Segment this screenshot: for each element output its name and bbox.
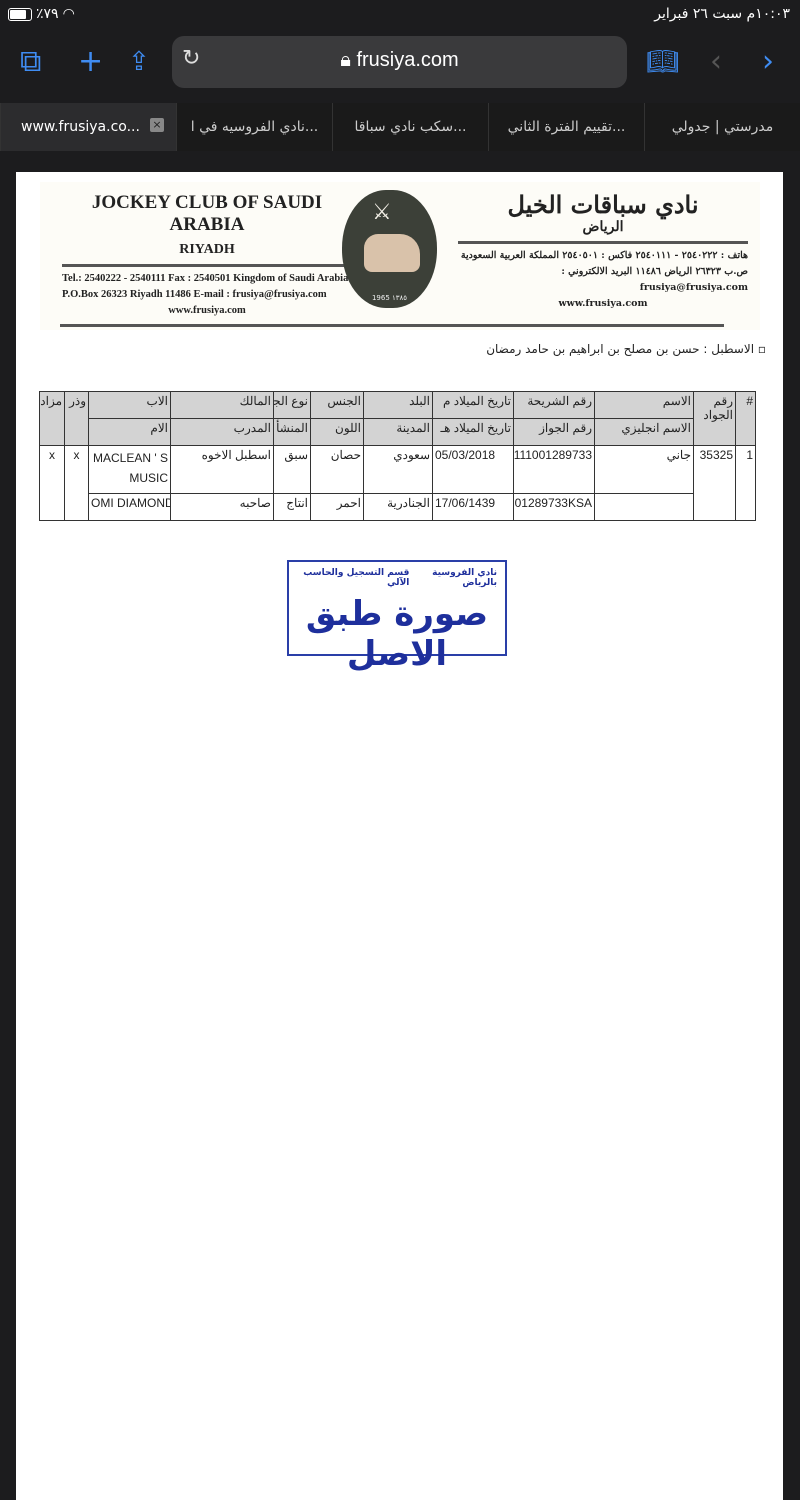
divider <box>62 264 352 267</box>
tab-label: مدرستي | جدولي <box>672 119 774 135</box>
certified-copy-stamp: نادي الفروسية بالرياض قسم التسجيل والحاس… <box>287 560 507 656</box>
tab-furusiya-club[interactable]: نادي الفروسيه في ا... <box>176 103 332 151</box>
col-dob: تاريخ الميلاد م <box>433 392 514 419</box>
col-owner: المالك <box>171 392 274 419</box>
col-horse-id: رقم الجواد <box>694 392 736 446</box>
clock-date: ١٠:٠٣م سبت ٢٦ فبراير <box>654 6 790 22</box>
bookmarks-icon[interactable]: 📖︎ <box>646 44 679 80</box>
tab-label: www.frusiya.co... <box>21 119 140 135</box>
club-name-ar: نادي سباقات الخيل <box>458 190 748 219</box>
col-index: # <box>736 392 756 446</box>
stamp-text: صورة طبق الاصل <box>289 594 505 674</box>
col-auction: مزاد <box>40 392 65 446</box>
city-ar: الرياض <box>458 219 748 235</box>
col-dob-hijri: تاريخ الميلاد هـ <box>433 419 514 446</box>
cell-country: سعودي <box>364 446 433 494</box>
back-icon[interactable]: ‹ <box>710 44 722 80</box>
browser-toolbar: ⧉ + ⇪ ↻ 🔒︎ frusiya.com 📖︎ ‹ › <box>0 30 800 100</box>
stamp-org: نادي الفروسية بالرياض <box>409 568 497 588</box>
palm-swords-emblem-icon: ⚔ <box>372 200 392 225</box>
col-city: المدينة <box>364 419 433 446</box>
tab-frusiya[interactable]: www.frusiya.co... × <box>0 103 176 151</box>
col-color: اللون <box>311 419 364 446</box>
club-logo: ⚔ 1965 ١٣٨٥ <box>342 190 437 308</box>
col-name-en: الاسم انجليزي <box>595 419 694 446</box>
share-icon[interactable]: ⇪ <box>128 44 150 80</box>
cell-horse-id: 35325 <box>694 446 736 521</box>
cell-passport: 01289733KSA <box>514 494 595 521</box>
cell-withdrawn: x <box>65 446 89 521</box>
website-ar: www.frusiya.com <box>458 296 748 312</box>
header-row-2: الاسم انجليزي رقم الجواز تاريخ الميلاد ه… <box>40 419 756 446</box>
tab-bar: www.frusiya.co... × نادي الفروسيه في ا..… <box>0 103 800 151</box>
col-withdrawn: وذر <box>65 392 89 446</box>
horses-table: # رقم الجواد الاسم رقم الشريحة تاريخ الم… <box>39 391 756 521</box>
cell-name-en <box>595 494 694 521</box>
cell-dob: 05/03/2018 <box>433 446 514 494</box>
address-line-en: P.O.Box 26323 Riyadh 11486 E-mail : frus… <box>62 287 352 303</box>
cell-owner: اسطبل الاخوه <box>171 446 274 494</box>
table-row-secondary: 01289733KSA 17/06/1439 الجنادرية احمر ان… <box>40 494 756 521</box>
address-line-ar: ص.ب ٢٦٣٢٣ الرياض ١١٤٨٦ البريد الالكتروني… <box>458 264 748 296</box>
contact-line-ar: هاتف : ٢٥٤٠٢٢٢ - ٢٥٤٠١١١ فاكس : ٢٥٤٠٥٠١ … <box>458 248 748 264</box>
tab-racing-club[interactable]: سكب نادي سباقا... <box>332 103 488 151</box>
stable-owner-text: الاسطبل : حسن بن مصلح بن ابراهيم بن حامد… <box>486 342 754 356</box>
website-en: www.frusiya.com <box>62 303 352 319</box>
col-sex: الجنس <box>311 392 364 419</box>
status-bar: ٪٧٩ ◠ ١٠:٠٣م سبت ٢٦ فبراير <box>0 0 800 30</box>
document-page <box>16 172 783 1500</box>
divider <box>458 241 748 244</box>
cell-city: الجنادرية <box>364 494 433 521</box>
url-text: frusiya.com <box>356 49 458 71</box>
stamp-dept: قسم التسجيل والحاسب الآلي <box>297 568 409 588</box>
tabs-overview-icon[interactable]: ⧉ <box>20 44 41 80</box>
col-passport: رقم الجواز <box>514 419 595 446</box>
tab-label: نادي الفروسيه في ا... <box>191 119 319 135</box>
divider <box>60 324 724 327</box>
cell-auction: x <box>40 446 65 521</box>
col-sire: الاب <box>89 392 171 419</box>
new-tab-icon[interactable]: + <box>78 44 103 80</box>
wifi-icon: ◠ <box>63 6 75 22</box>
stable-owner-line: ▫ الاسطبل : حسن بن مصلح بن ابراهيم بن حا… <box>486 342 766 356</box>
cell-index: 1 <box>736 446 756 521</box>
col-country: البلد <box>364 392 433 419</box>
cell-sex: حصان <box>311 446 364 494</box>
col-dam: الام <box>89 419 171 446</box>
col-name: الاسم <box>595 392 694 419</box>
header-row-1: # رقم الجواد الاسم رقم الشريحة تاريخ الم… <box>40 392 756 419</box>
tab-label: سكب نادي سباقا... <box>354 119 466 135</box>
cell-trainer: صاحبه <box>171 494 274 521</box>
club-name-en: JOCKEY CLUB OF SAUDI ARABIA <box>62 192 352 236</box>
close-tab-icon[interactable]: × <box>150 118 164 132</box>
tab-evaluation[interactable]: تقييم الفترة الثاني... <box>488 103 644 151</box>
logo-year: 1965 ١٣٨٥ <box>342 294 437 302</box>
contact-line-en: Tel.: 2540222 - 2540111 Fax : 2540501 Ki… <box>62 271 352 287</box>
letterhead-english: JOCKEY CLUB OF SAUDI ARABIA RIYADH Tel.:… <box>62 192 352 319</box>
cell-dob-hijri: 17/06/1439 <box>433 494 514 521</box>
lock-icon: 🔒︎ <box>340 49 356 71</box>
cell-sire: MACLEAN ' S MUSIC <box>89 446 171 494</box>
battery-percent: ٪٧٩ <box>36 6 59 22</box>
col-chip: رقم الشريحة <box>514 392 595 419</box>
tab-madrasati[interactable]: مدرستي | جدولي <box>644 103 800 151</box>
tab-label: تقييم الفترة الثاني... <box>508 119 626 135</box>
cell-origin: انتاج <box>274 494 311 521</box>
cell-dam: OMI DIAMOND <box>89 494 171 521</box>
address-bar[interactable]: ↻ 🔒︎ frusiya.com <box>172 36 627 88</box>
city-en: RIYADH <box>62 242 352 258</box>
battery-icon <box>8 8 32 21</box>
table-row: 1 35325 جاني 111001289733 05/03/2018 سعو… <box>40 446 756 494</box>
col-trainer: المدرب <box>171 419 274 446</box>
cell-type: سبق <box>274 446 311 494</box>
forward-icon[interactable]: › <box>762 44 774 80</box>
cell-name: جاني <box>595 446 694 494</box>
col-origin: المنشأ <box>274 419 311 446</box>
col-type: نوع الجواد <box>274 392 311 419</box>
cell-color: احمر <box>311 494 364 521</box>
cell-chip: 111001289733 <box>514 446 595 494</box>
letterhead-arabic: نادي سباقات الخيل الرياض هاتف : ٢٥٤٠٢٢٢ … <box>458 190 748 312</box>
horse-icon <box>364 234 420 272</box>
